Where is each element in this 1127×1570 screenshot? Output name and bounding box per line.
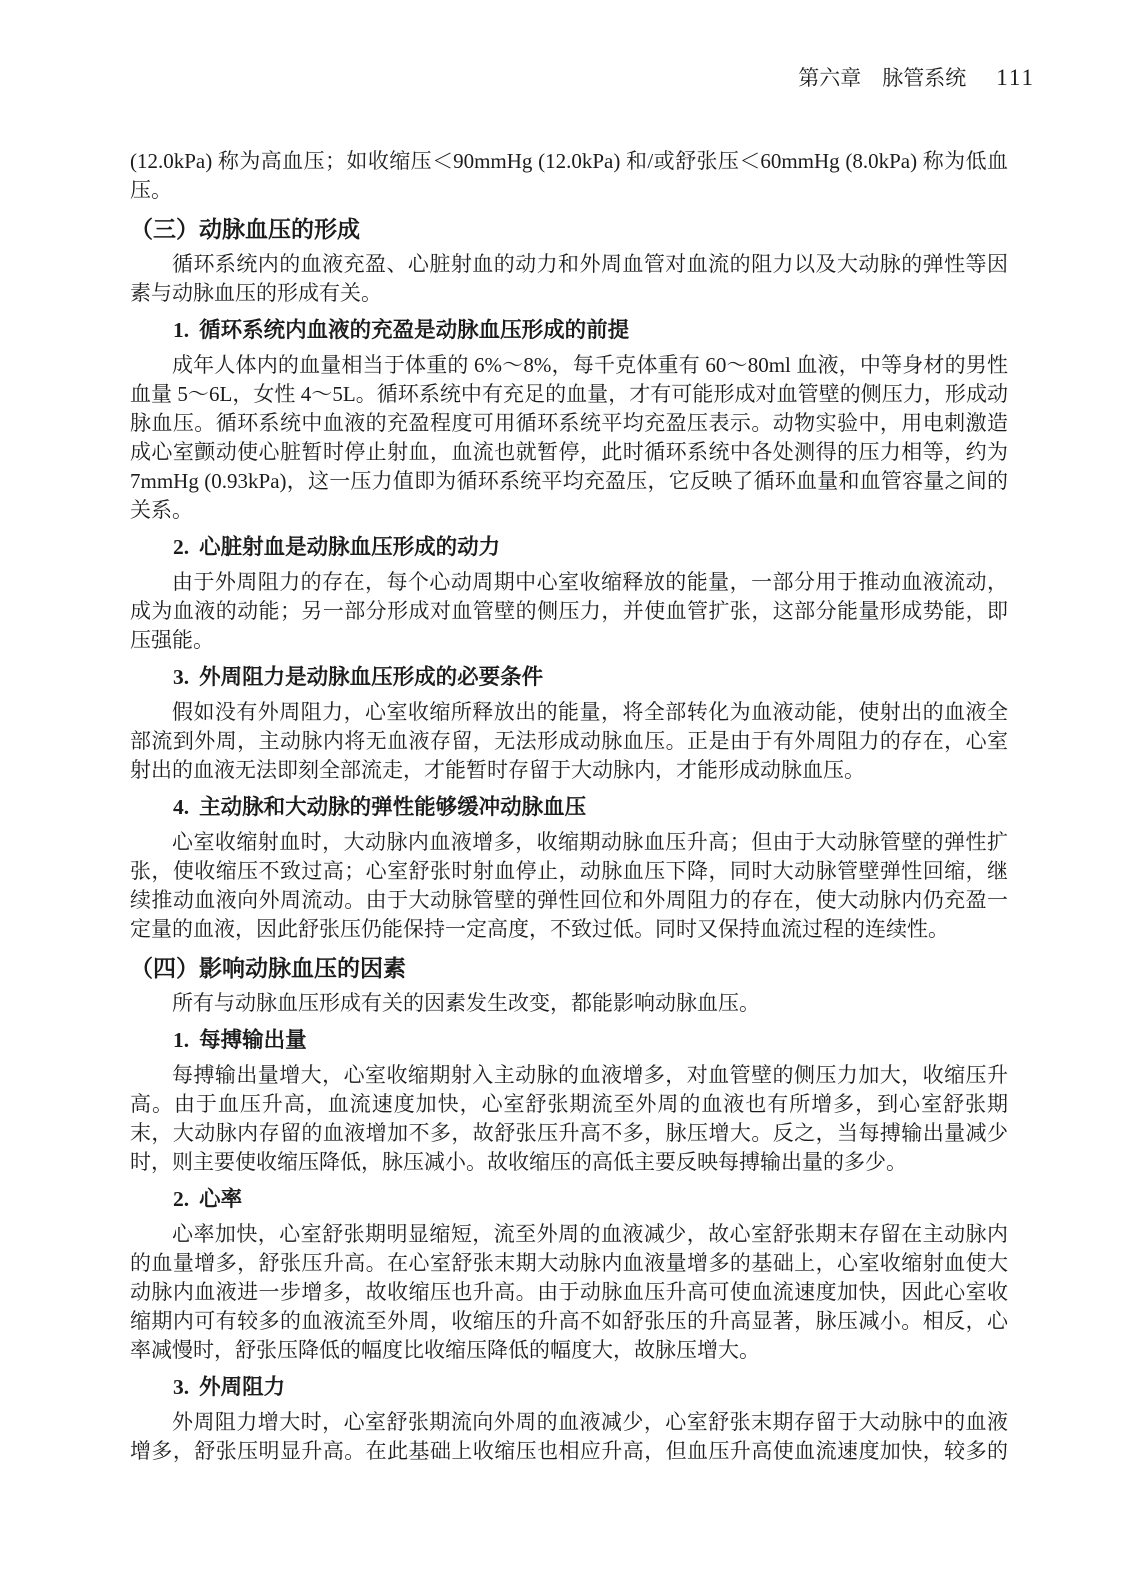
- sub-heading-factor-3: 3.外周阻力: [130, 1373, 1008, 1402]
- heading-number: 2.: [173, 1187, 189, 1211]
- section-heading-3: （三）动脉血压的形成: [130, 214, 1008, 244]
- textbook-page: 第六章 脉管系统111 (12.0kPa) 称为高血压；如收缩压＜90mmHg …: [0, 0, 1127, 1570]
- page-number: 111: [996, 65, 1035, 90]
- paragraph: 由于外周阻力的存在，每个心动周期中心室收缩释放的能量，一部分用于推动血液流动，成…: [130, 568, 1008, 655]
- heading-text: 心率: [199, 1187, 242, 1211]
- heading-number: 4.: [173, 795, 189, 819]
- heading-number: 3.: [173, 1375, 189, 1399]
- heading-text: 主动脉和大动脉的弹性能够缓冲动脉血压: [199, 795, 586, 819]
- heading-number: 3.: [173, 665, 189, 689]
- sub-heading-1: 1.循环系统内血液的充盈是动脉血压形成的前提: [130, 316, 1008, 345]
- heading-text: 循环系统内血液的充盈是动脉血压形成的前提: [199, 318, 629, 342]
- paragraph: 成年人体内的血量相当于体重的 6%～8%，每千克体重有 60～80ml 血液，中…: [130, 351, 1008, 525]
- paragraph: 循环系统内的血液充盈、心脏射血的动力和外周血管对血流的阻力以及大动脉的弹性等因素…: [130, 250, 1008, 308]
- heading-text: 心脏射血是动脉血压形成的动力: [199, 535, 500, 559]
- paragraph: 心率加快，心室舒张期明显缩短，流至外周的血液减少，故心室舒张期末存留在主动脉内的…: [130, 1220, 1008, 1365]
- heading-number: 1.: [173, 318, 189, 342]
- sub-heading-factor-1: 1.每搏输出量: [130, 1026, 1008, 1055]
- sub-heading-factor-2: 2.心率: [130, 1185, 1008, 1214]
- heading-text: 外周阻力是动脉血压形成的必要条件: [199, 665, 543, 689]
- heading-text: 每搏输出量: [199, 1028, 307, 1052]
- page-header: 第六章 脉管系统111: [798, 64, 1035, 92]
- chapter-title: 第六章 脉管系统: [798, 66, 966, 90]
- sub-heading-2: 2.心脏射血是动脉血压形成的动力: [130, 533, 1008, 562]
- section-heading-4: （四）影响动脉血压的因素: [130, 953, 1008, 983]
- heading-text: 外周阻力: [199, 1375, 285, 1399]
- heading-number: 2.: [173, 535, 189, 559]
- paragraph: 所有与动脉血压形成有关的因素发生改变，都能影响动脉血压。: [130, 989, 1008, 1018]
- page-body: (12.0kPa) 称为高血压；如收缩压＜90mmHg (12.0kPa) 和/…: [130, 147, 1008, 1466]
- paragraph: 每搏输出量增大，心室收缩期射入主动脉的血液增多，对血管壁的侧压力加大，收缩压升高…: [130, 1061, 1008, 1177]
- paragraph: 假如没有外周阻力，心室收缩所释放出的能量，将全部转化为血液动能，使射出的血液全部…: [130, 698, 1008, 785]
- sub-heading-4: 4.主动脉和大动脉的弹性能够缓冲动脉血压: [130, 793, 1008, 822]
- paragraph: 心室收缩射血时，大动脉内血液增多，收缩期动脉血压升高；但由于大动脉管壁的弹性扩张…: [130, 828, 1008, 944]
- paragraph-cutoff: 外周阻力增大时，心室舒张期流向外周的血液减少，心室舒张末期存留于大动脉中的血液增…: [130, 1408, 1008, 1466]
- heading-number: 1.: [173, 1028, 189, 1052]
- paragraph-continued: (12.0kPa) 称为高血压；如收缩压＜90mmHg (12.0kPa) 和/…: [130, 147, 1008, 205]
- sub-heading-3: 3.外周阻力是动脉血压形成的必要条件: [130, 663, 1008, 692]
